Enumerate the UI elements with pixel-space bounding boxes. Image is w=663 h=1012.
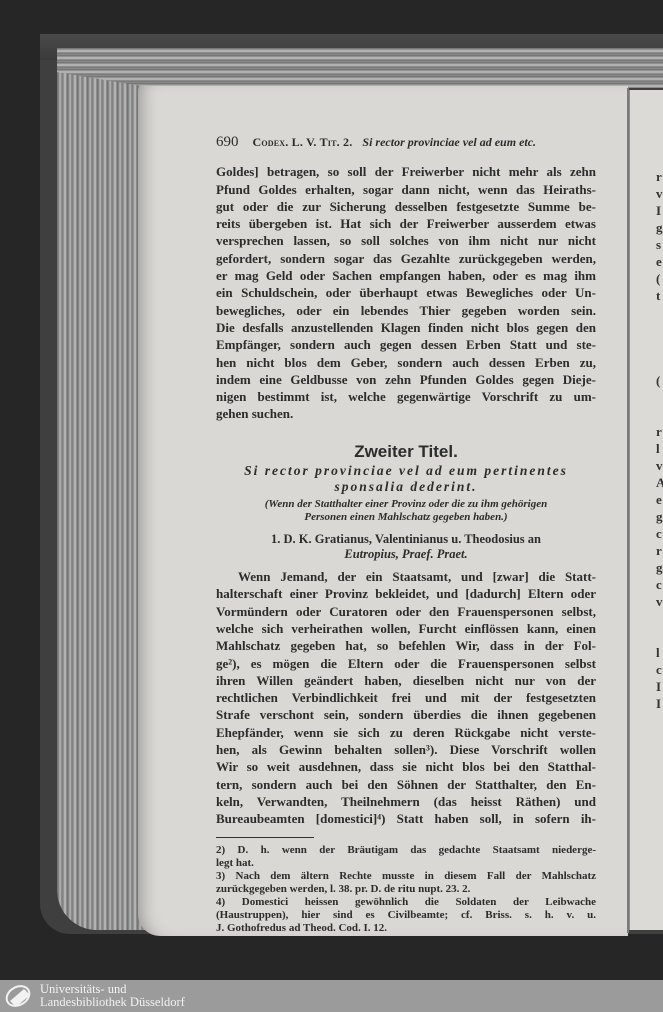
text-line: gut oder die zur Sicherung desselben fes… (216, 198, 596, 215)
running-head: 690 Codex. L. V. Tit. 2. Si rector provi… (216, 134, 596, 151)
main-paragraph: Wenn Jemand, der ein Staatsamt, und [zwa… (216, 568, 596, 827)
text-line: Wir so weit ausdehnen, dass sie nicht bl… (216, 758, 596, 775)
text-line: Ehepfänder, wenn sie sich zu deren Rückg… (216, 724, 596, 741)
text-line: ge²), es mögen die Eltern oder die Fraue… (216, 655, 596, 672)
facing-page-letter: l (656, 644, 663, 661)
text-line: versprechen lassen, so soll solches von … (216, 232, 596, 249)
text-line: gehen suchen. (216, 405, 596, 422)
text-line: halterschaft einer Provinz bekleidet, un… (216, 585, 596, 602)
text-line: indem eine Geldbusse von zehn Pfunden Go… (216, 371, 596, 388)
footnote-3: 3) Nach dem ältern Rechte musste in dies… (216, 870, 596, 896)
facing-page-letter: t (656, 287, 663, 304)
text-line: er mag Geld oder Sachen empfangen haben,… (216, 267, 596, 284)
facing-page-letter: v (656, 457, 663, 474)
facing-page-letter: c (656, 576, 663, 593)
facing-page-letter: g (656, 219, 663, 236)
text-line: tern, sondern auch bei den Söhnen der St… (216, 776, 596, 793)
facing-page-letter: s (656, 236, 663, 253)
text-line: gefordert, sondern sogar das Gezahlte zu… (216, 250, 596, 267)
footnote-line: J. Gothofredus ad Theod. Cod. I. 12. (228, 922, 596, 935)
facing-page-letter: e (656, 253, 663, 270)
facing-page-letter: g (656, 559, 663, 576)
facing-page-letter: I (656, 695, 663, 712)
page-text: 690 Codex. L. V. Tit. 2. Si rector provi… (216, 134, 596, 935)
facing-page-letter: l (656, 440, 663, 457)
footnote-line: 4) Domestici heissen gewöhnlich die Sold… (228, 896, 596, 909)
facing-page-letter (656, 304, 663, 321)
facing-page-letter: A (656, 474, 663, 491)
page-edges-left (57, 50, 147, 930)
footnote-line: 2) D. h. wenn der Bräutigam das gedachte… (228, 844, 596, 857)
facing-page-letter: g (656, 508, 663, 525)
latin-title-line: Si rector provinciae vel ad eum pertinen… (216, 463, 596, 479)
constitution-heading: 1. D. K. Gratianus, Valentinianus u. The… (216, 532, 596, 562)
facing-page-letter (656, 406, 663, 423)
text-line: hen nicht blos dem Geber, sondern auch d… (216, 354, 596, 371)
text-line: rechtlichen Verbindlichkeit frei und mit… (216, 689, 596, 706)
footnote-rule (216, 837, 314, 838)
footnote-line: legt hat. (228, 857, 596, 870)
library-name: Universitäts- und Landesbibliothek Düsse… (40, 983, 185, 1009)
facing-page-letter (656, 627, 663, 644)
footnote-2: 2) D. h. wenn der Bräutigam das gedachte… (216, 844, 596, 870)
facing-page-letter: r (656, 423, 663, 440)
text-line: hen, als Gewinn behalten sollen³). Diese… (216, 741, 596, 758)
facing-page-letter (656, 610, 663, 627)
facing-page-letter (656, 338, 663, 355)
text-line: ein Schuldschein, oder überhaupt etwas B… (216, 284, 596, 301)
footnote-4: 4) Domestici heissen gewöhnlich die Sold… (216, 896, 596, 935)
text-line: ihren Willen geändert haben, dieselben n… (216, 672, 596, 689)
book-scan: rvIgse(t(rlvAegcrgcvlcII 690 Codex. L. V… (0, 0, 663, 980)
text-line: keln, Verwandten, Theilnehmern (das heis… (216, 793, 596, 810)
text-line: nigen bestimmt ist, welche gegenwärtige … (216, 388, 596, 405)
gloss-line: Personen einen Mahlschatz gegeben haben.… (216, 511, 596, 524)
text-line: reits übergeben ist. Hat sich der Freiwe… (216, 215, 596, 232)
constitution-line: 1. D. K. Gratianus, Valentinianus u. The… (216, 532, 596, 547)
latin-title-line: sponsalia dederint. (216, 479, 596, 495)
facing-page-letter: r (656, 542, 663, 559)
text-line: Strafe verschont sein, sondern überdies … (216, 706, 596, 723)
text-line: Pfund Goldes erhalten, sogar dann nicht,… (216, 181, 596, 198)
facing-page-letter: r (656, 168, 663, 185)
text-line: Wenn Jemand, der ein Staatsamt, und [zwa… (216, 568, 596, 585)
page-number: 690 (216, 134, 239, 151)
gloss-line: (Wenn der Statthalter einer Provinz oder… (216, 498, 596, 511)
facing-page-letter (656, 389, 663, 406)
latin-title: Si rector provinciae vel ad eum pertinen… (216, 463, 596, 495)
facing-page-letter (656, 321, 663, 338)
section-heading: Zweiter Titel. (216, 443, 596, 460)
facing-page-letter: c (656, 661, 663, 678)
text-line: Vormündern oder Curatoren oder den Fraue… (216, 603, 596, 620)
footnote-line: zurückgegeben werden, l. 38. pr. D. de r… (228, 883, 596, 896)
text-line: Goldes] betragen, so soll der Freiwerber… (216, 163, 596, 180)
page-edges-top (57, 48, 663, 88)
library-footer: Universitäts- und Landesbibliothek Düsse… (0, 980, 663, 1012)
german-gloss: (Wenn der Statthalter einer Provinz oder… (216, 498, 596, 524)
facing-page-letter: c (656, 525, 663, 542)
footnote-line: 3) Nach dem ältern Rechte musste in dies… (228, 870, 596, 883)
footnote-line: (Haustruppen), hier sind es Civilbeamte;… (228, 909, 596, 922)
text-line: welche sich verheirathen wollen, Furcht … (216, 620, 596, 637)
continuation-paragraph: Goldes] betragen, so soll der Freiwerber… (216, 163, 596, 422)
text-line: Bureaubeamten [domestici]⁴) Statt haben … (216, 810, 596, 827)
constitution-line: Eutropius, Praef. Praet. (216, 547, 596, 562)
library-book-logo-icon (4, 983, 34, 1009)
text-line: Empfänger, sondern auch gegen dessen Erb… (216, 336, 596, 353)
facing-page-fragment: rvIgse(t(rlvAegcrgcvlcII (656, 168, 663, 712)
facing-page-letter: I (656, 202, 663, 219)
text-line: bewegliches, oder ein lebendes Thier geg… (216, 302, 596, 319)
running-title: Si rector provinciae vel ad eum etc. (362, 134, 536, 151)
facing-page-letter: e (656, 491, 663, 508)
facing-page-letter: I (656, 678, 663, 695)
facing-page-letter: ( (656, 372, 663, 389)
codex-reference: Codex. L. V. Tit. 2. (253, 134, 353, 151)
facing-page-letter: ( (656, 270, 663, 287)
library-name-line2: Landesbibliothek Düsseldorf (40, 996, 185, 1009)
facing-page-letter: v (656, 593, 663, 610)
text-line: Mahlschatz gegeben hat, so befehlen Wir,… (216, 637, 596, 654)
facing-page-letter: v (656, 185, 663, 202)
text-line: Die desfalls anzustellenden Klagen finde… (216, 319, 596, 336)
facing-page-letter (656, 355, 663, 372)
